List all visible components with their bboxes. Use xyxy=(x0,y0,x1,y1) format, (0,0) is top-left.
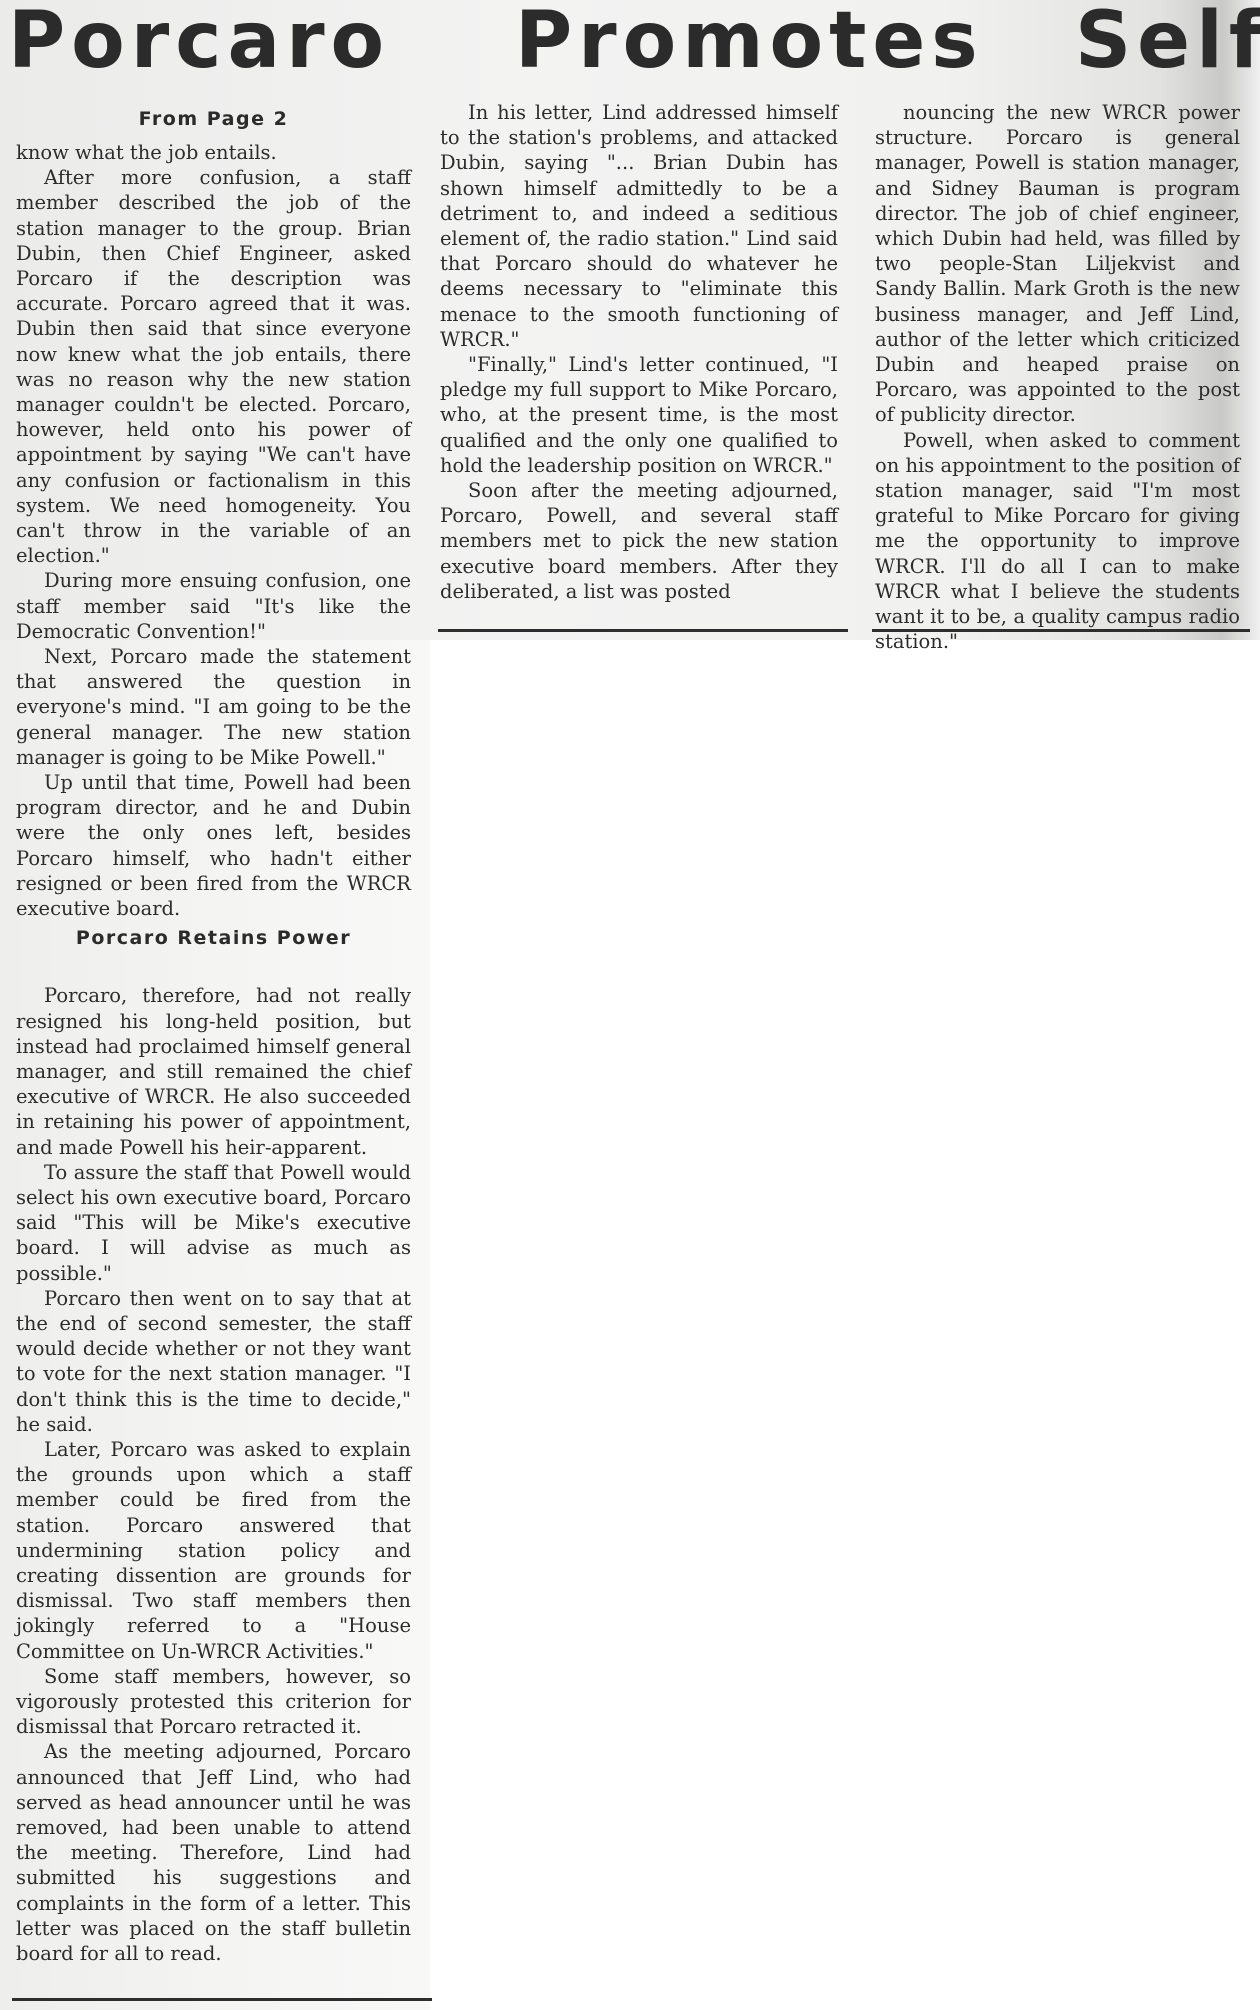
paragraph: During more ensuing confusion, one staff… xyxy=(16,568,411,644)
paragraph: Up until that time, Powell had been prog… xyxy=(16,770,411,921)
section-subhead: Porcaro Retains Power xyxy=(16,927,411,949)
paragraph: Porcaro then went on to say that at the … xyxy=(16,1286,411,1437)
paragraph: Next, Porcaro made the statement that an… xyxy=(16,644,411,770)
headline: Porcaro Promotes Self xyxy=(0,0,1260,95)
headline-word-3: Self xyxy=(1075,0,1260,89)
paragraph: Later, Porcaro was asked to explain the … xyxy=(16,1437,411,1664)
paragraph: know what the job entails. xyxy=(16,140,411,165)
column-end-rule xyxy=(872,629,1250,632)
column-end-rule xyxy=(438,629,848,632)
column-end-rule xyxy=(12,1998,432,2001)
subhead-spacer-bottom xyxy=(16,963,411,983)
paragraph: After more confusion, a staff member des… xyxy=(16,165,411,568)
paragraph: As the meeting adjourned, Porcaro announ… xyxy=(16,1739,411,1966)
paragraph: Powell, when asked to comment on his app… xyxy=(875,428,1240,655)
article-column-middle: In his letter, Lind addressed himself to… xyxy=(440,100,838,604)
paragraph: In his letter, Lind addressed himself to… xyxy=(440,100,838,352)
headline-word-2: Promotes xyxy=(515,0,984,89)
continuation-label: From Page 2 xyxy=(16,108,411,130)
article-column-right: nouncing the new WRCR power structure. P… xyxy=(875,100,1240,654)
paragraph: "Finally," Lind's letter continued, "I p… xyxy=(440,352,838,478)
paragraph: To assure the staff that Powell would se… xyxy=(16,1160,411,1286)
article-column-left: know what the job entails. After more co… xyxy=(16,140,411,1966)
paragraph: Porcaro, therefore, had not really resig… xyxy=(16,983,411,1159)
paragraph: Some staff members, however, so vigorous… xyxy=(16,1664,411,1740)
paragraph: Soon after the meeting adjourned, Porcar… xyxy=(440,478,838,604)
headline-word-1: Porcaro xyxy=(8,0,390,89)
paragraph: nouncing the new WRCR power structure. P… xyxy=(875,100,1240,428)
